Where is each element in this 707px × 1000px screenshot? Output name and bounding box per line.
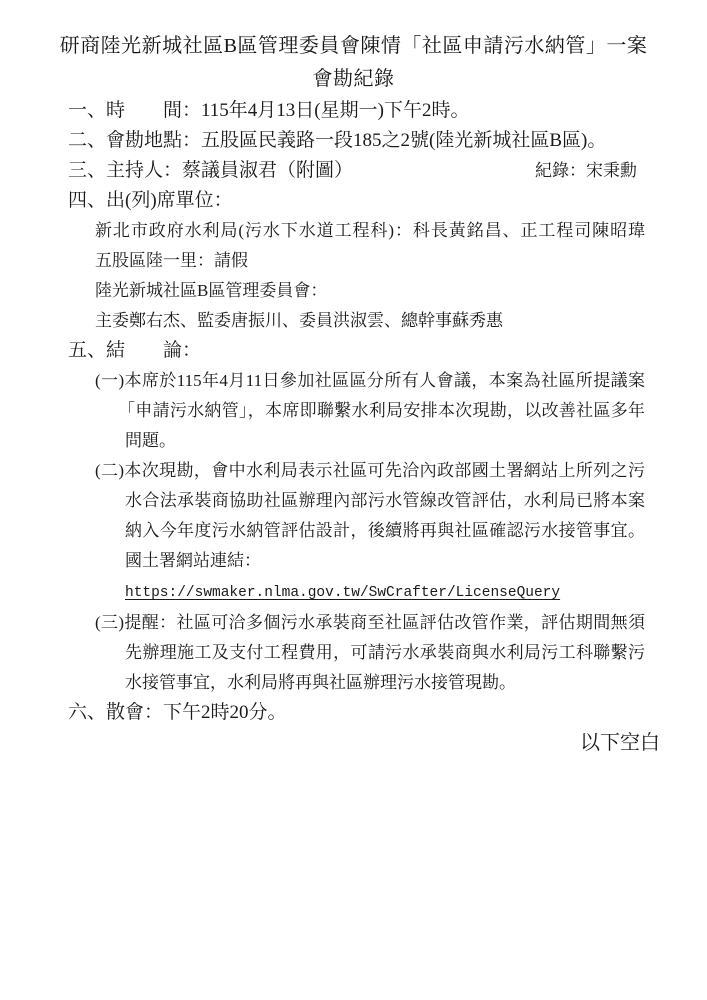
attendee-committee-line: 陸光新城社區B區管理委員會： [68, 276, 645, 306]
adjournment-line: 六、散會：下午2時20分。 [68, 698, 645, 728]
closing-note: 以下空白 [68, 728, 660, 758]
attendee-agency-line: 新北市政府水利局(污水下水道工程科)：科長黃銘昌、正工程司陳昭瑋 [68, 216, 645, 246]
document-page: 研商陸光新城社區B區管理委員會陳情「社區申請污水納管」一案 會勘紀錄 一、時 間… [0, 0, 707, 1000]
conclusion-2-line-3: 納入今年度污水納管評估設計，後續將再與社區確認污水接管事宜。 [68, 516, 645, 546]
conclusion-2-line-1: (二)本次現勘，會中水利局表示社區可先洽內政部國土署網站上所列之污 [68, 456, 645, 486]
website-link-label-line: 國土署網站連結： [68, 546, 645, 576]
meeting-time-line: 一、時 間：115年4月13日(星期一)下午2時。 [68, 96, 645, 126]
document-subtitle: 會勘紀錄 [0, 63, 707, 96]
conclusion-1-line-1: (一)本席於115年4月11日參加社區區分所有人會議，本案為社區所提議案 [68, 366, 645, 396]
document-header: 研商陸光新城社區B區管理委員會陳情「社區申請污水納管」一案 會勘紀錄 [0, 0, 707, 96]
attendees-heading-line: 四、出(列)席單位： [68, 186, 645, 216]
document-title: 研商陸光新城社區B區管理委員會陳情「社區申請污水納管」一案 [0, 30, 707, 63]
host-line: 三、主持人：蔡議員淑君（附圖）紀錄：宋秉勳 [68, 156, 645, 186]
conclusion-heading-line: 五、結 論： [68, 336, 645, 366]
attendee-village-line: 五股區陸一里：請假 [68, 246, 645, 276]
website-link[interactable]: https://swmaker.nlma.gov.tw/SwCrafter/Li… [125, 585, 560, 601]
conclusion-3-line-2: 先辦理施工及支付工程費用，可請污水承裝商與水利局污工科聯繫污 [68, 638, 645, 668]
recorder-label: 紀錄：宋秉勳 [535, 156, 637, 186]
meeting-location-line: 二、會勘地點：五股區民義路一段185之2號(陸光新城社區B區)。 [68, 126, 645, 156]
conclusion-1-line-3: 問題。 [68, 426, 645, 456]
conclusion-1-line-2: 「申請污水納管」，本席即聯繫水利局安排本次現勘，以改善社區多年 [68, 396, 645, 426]
website-link-line: https://swmaker.nlma.gov.tw/SwCrafter/Li… [68, 576, 645, 608]
conclusion-2-line-2: 水合法承裝商協助社區辦理內部污水管線改管評估，水利局已將本案 [68, 486, 645, 516]
attendee-members-line: 主委鄭右杰、監委唐振川、委員洪淑雲、總幹事蘇秀惠 [68, 306, 645, 336]
conclusion-3-line-1: (三)提醒：社區可洽多個污水承裝商至社區評估改管作業，評估期間無須 [68, 608, 645, 638]
document-body: 一、時 間：115年4月13日(星期一)下午2時。二、會勘地點：五股區民義路一段… [0, 96, 707, 758]
conclusion-3-line-3: 水接管事宜，水利局將再與社區辦理污水接管現勘。 [68, 668, 645, 698]
